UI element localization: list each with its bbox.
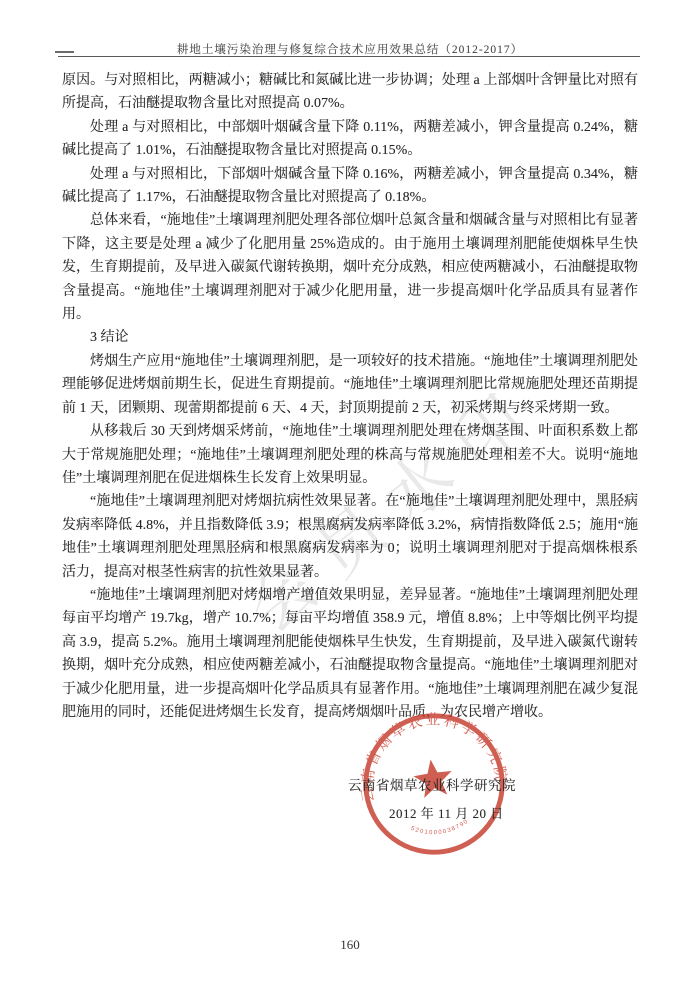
signature-organization: 云南省烟草农业科学研究院 (348, 774, 518, 794)
paragraph: 烤烟生产应用“施地佳”土壤调理剂肥，是一项较好的技术措施。“施地佳”土壤调理剂肥… (62, 350, 638, 420)
paragraph: 从移栽后 30 天到烤烟采烤前，“施地佳”土壤调理剂肥处理在烤烟茎围、叶面积系数… (62, 420, 638, 490)
document-body: 原因。与对照相比，两糖减小；糖碱比和氮碱比进一步协调；处理 a 上部烟叶含钾量比… (62, 69, 638, 724)
document-page: 耕地土壤污染治理与修复综合技术应用效果总结（2012-2017） 会员水印 原因… (0, 0, 700, 990)
paragraph: 处理 a 与对照相比，下部烟叶烟碱含量下降 0.16%，两糖差减小，钾含量提高 … (62, 163, 638, 210)
header-rule (58, 56, 640, 57)
signature-date: 2012 年 11 月 20 日 (389, 803, 519, 822)
paragraph: 处理 a 与对照相比，中部烟叶烟碱含量下降 0.11%，两糖差减小，钾含量提高 … (62, 116, 638, 163)
paragraph: 总体来看，“施地佳”土壤调理剂肥处理各部位烟叶总氮含量和烟碱含量与对照相比有显著… (62, 209, 638, 326)
page-header-title: 耕地土壤污染治理与修复综合技术应用效果总结（2012-2017） (0, 41, 700, 57)
paragraph: “施地佳”土壤调理剂肥对烤烟抗病性效果显著。在“施地佳”土壤调理剂肥处理中，黑胫… (62, 490, 638, 584)
section-heading-conclusion: 3 结论 (62, 326, 638, 349)
page-number: 160 (0, 937, 700, 953)
header-rule-tick (55, 51, 74, 53)
paragraph: 原因。与对照相比，两糖减小；糖碱比和氮碱比进一步协调；处理 a 上部烟叶含钾量比… (62, 69, 638, 116)
